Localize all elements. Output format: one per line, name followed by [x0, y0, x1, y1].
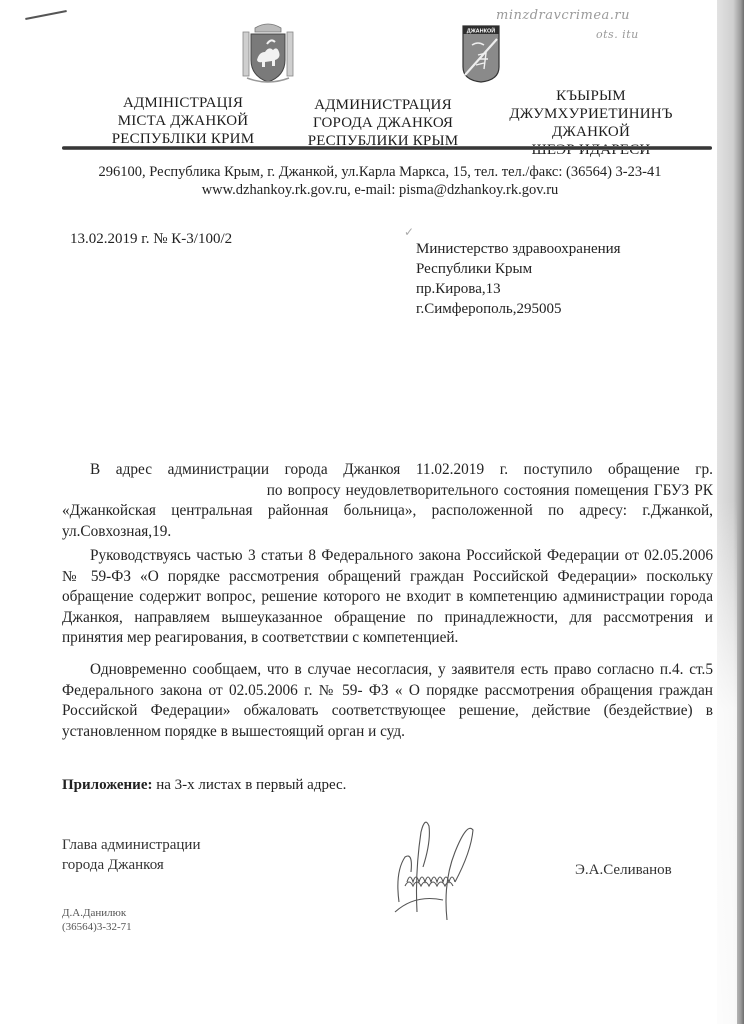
recipient-block: Министерство здравоохранения Республики … — [416, 239, 621, 319]
letterhead-contacts: www.dzhankoy.rk.gov.ru, e-mail: pisma@dz… — [60, 182, 700, 199]
org-rus-line: АДМИНИСТРАЦИЯ — [278, 96, 488, 114]
org-title-russian: АДМИНИСТРАЦИЯ ГОРОДА ДЖАНКОЯ РЕСПУБЛИКИ … — [278, 96, 488, 150]
body-paragraph-1: В адрес администрации города Джанкоя 11.… — [62, 460, 713, 542]
org-crt-line: ДЖАНКОЙ — [486, 123, 696, 141]
scan-mark — [25, 10, 67, 20]
org-crt-line: КЪЫРЫМ — [486, 87, 696, 105]
org-ukr-line: АДМІНІСТРАЦІЯ — [78, 94, 288, 112]
org-ukr-line: МІСТА ДЖАНКОЙ — [78, 112, 288, 130]
dzhankoy-coat-of-arms-icon: ДЖАНКОЙ — [462, 25, 500, 83]
body-paragraph-2: Руководствуясь частью 3 статьи 8 Федерал… — [62, 546, 713, 649]
handwritten-note-line1: minzdravcrimea.ru — [496, 8, 630, 23]
appendix-line: Приложение: на 3-х листах в первый адрес… — [62, 777, 346, 794]
scan-page-edge — [717, 0, 744, 1024]
org-rus-line: ГОРОДА ДЖАНКОЯ — [278, 114, 488, 132]
body-paragraph-1-text: В адрес администрации города Джанкоя 11.… — [62, 461, 713, 540]
org-crt-line: ШЕЭР ИДАРЕСИ — [486, 141, 696, 159]
check-mark-icon: ✓ — [404, 225, 414, 240]
signer-position: Глава администрации города Джанкоя — [62, 835, 200, 875]
executor-block: Д.А.Данилюк (36564)3-32-71 — [62, 906, 132, 934]
signer-position-line2: города Джанкоя — [62, 855, 200, 875]
signer-name: Э.А.Селиванов — [575, 862, 672, 879]
recipient-line: Республики Крым — [416, 259, 621, 279]
outgoing-date-number: 13.02.2019 г. № К-3/100/2 — [70, 231, 232, 248]
handwritten-note-line2: ots. itu — [596, 28, 639, 41]
executor-name: Д.А.Данилюк — [62, 906, 132, 920]
org-title-ukrainian: АДМІНІСТРАЦІЯ МІСТА ДЖАНКОЙ РЕСПУБЛІКИ К… — [78, 94, 288, 148]
recipient-line: Министерство здравоохранения — [416, 239, 621, 259]
org-crt-line: ДЖУМХУРИЕТИНИНЪ — [486, 105, 696, 123]
recipient-line: г.Симферополь,295005 — [416, 299, 621, 319]
body-paragraph-3-text: Одновременно сообщаем, что в случае несо… — [62, 661, 713, 740]
letterhead-address: 296100, Республика Крым, г. Джанкой, ул.… — [60, 164, 700, 181]
executor-phone: (36564)3-32-71 — [62, 920, 132, 934]
svg-text:ДЖАНКОЙ: ДЖАНКОЙ — [467, 27, 495, 35]
crimea-coat-of-arms-icon — [241, 22, 295, 84]
appendix-label: Приложение: — [62, 777, 152, 793]
handwritten-signature-icon — [385, 812, 495, 927]
signer-position-line1: Глава администрации — [62, 835, 200, 855]
body-paragraph-3: Одновременно сообщаем, что в случае несо… — [62, 660, 713, 742]
body-paragraph-2-text: Руководствуясь частью 3 статьи 8 Федерал… — [62, 547, 713, 646]
letterhead-divider — [62, 146, 712, 150]
appendix-text: на 3-х листах в первый адрес. — [152, 777, 346, 793]
recipient-line: пр.Кирова,13 — [416, 279, 621, 299]
